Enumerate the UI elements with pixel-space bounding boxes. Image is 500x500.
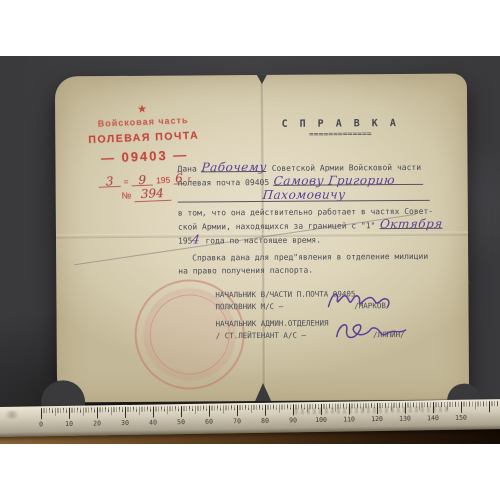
ruler-number: 50 — [167, 418, 195, 426]
ruler-number: 20 — [83, 419, 111, 427]
body-line: полевая почта 09405 Самову Григорию — [178, 176, 464, 188]
typed-text: Дана — [177, 164, 196, 173]
handwritten-month: 9 — [131, 174, 153, 186]
ruler-number: 150 — [447, 413, 475, 421]
printed-year: 195 — [156, 175, 171, 186]
handwritten-day: 3 — [99, 176, 121, 188]
photo-dark-table-surface: ★ Войсковая часть ПОЛЕВАЯ ПОЧТА — 09403 … — [0, 56, 500, 444]
ruler-number: 10 — [55, 420, 83, 428]
handwritten-year-digit: 4 — [192, 235, 201, 243]
title-text: С П Р А В К А — [275, 118, 405, 130]
typed-text: Советской Армии Войсковой части — [272, 163, 421, 173]
document-title: С П Р А В К А ============= — [275, 118, 405, 139]
handwritten-doc-number: 394 — [133, 186, 171, 203]
document-body: Дана Рабочему Советской Армии Войсковой … — [177, 162, 464, 280]
typed-text: 195 — [178, 236, 193, 245]
top-edge-tear — [257, 75, 267, 84]
ruler-number: 40 — [139, 418, 167, 426]
ruler-number: 80 — [251, 417, 279, 425]
ruler-maker-mark — [3, 411, 21, 419]
typed-text: ПОЛКОВНИК М/С — — [215, 302, 283, 311]
title-underline: ============= — [275, 129, 405, 139]
ruler-number: 30 — [111, 419, 139, 427]
signature-line: / СТ.ЛЕЙТЕНАНТ А/С — /ЛЯПИН/ — [216, 329, 476, 343]
stamp-field-post-line: ПОЛЕВАЯ ПОЧТА — [75, 129, 213, 147]
body-line: ской Армии, находящихся за границей с "1… — [178, 220, 464, 232]
ruler-number: 100 — [307, 416, 335, 424]
handwritten-patronymic: Пахомовичу — [262, 190, 346, 199]
signature-block: НАЧАЛЬНИК В/ЧАСТИ П.ПОЧТА 09405 ПОЛКОВНИ… — [215, 288, 475, 343]
ruler-number: 140 — [419, 414, 447, 422]
body-line: Справка дана для пред"явления в отделени… — [192, 252, 464, 263]
ruler-number: 130 — [391, 414, 419, 422]
typed-text: полевая почта 09405 — [178, 178, 270, 188]
signature-line: ПОЛКОВНИК М/С — /МАРКОВ/ — [215, 300, 475, 314]
typed-text: / СТ.ЛЕЙТЕНАНТ А/С — — [216, 331, 306, 341]
ruler-number: 60 — [195, 417, 223, 425]
body-line: Дана Рабочему Советской Армии Войсковой … — [177, 162, 463, 174]
screenshot-photo-of-document: ★ Войсковая часть ПОЛЕВАЯ ПОЧТА — 09403 … — [0, 0, 500, 500]
body-line: Пахомовичу — [178, 190, 464, 203]
name-underline: Пахомовичу — [178, 190, 430, 203]
body-line: 1954 года по настоящее время. — [178, 234, 464, 246]
typed-text: года по настоящее время. — [201, 236, 321, 246]
ruler-number: 120 — [363, 415, 391, 423]
typed-text: ской Армии, находящихся за границей с "1… — [178, 221, 376, 231]
date-separator: = — [123, 177, 128, 187]
ruler-number: 0 — [27, 420, 55, 428]
signatory-name: /МАРКОВ/ — [354, 301, 390, 310]
ruler-number: 90 — [279, 416, 307, 424]
handwritten-month-word: Октября — [380, 220, 444, 229]
ruler-number: 70 — [223, 417, 251, 425]
body-line: на право получения паспорта. — [178, 265, 464, 276]
number-sign: № — [121, 190, 131, 200]
handwritten-name: Самову Григорию — [274, 176, 425, 186]
document-paper: ★ Войсковая часть ПОЛЕВАЯ ПОЧТА — 09403 … — [55, 74, 469, 403]
ruler-number: 110 — [335, 415, 363, 423]
signatory-name: /ЛЯПИН/ — [373, 330, 405, 339]
handwritten-word: Рабочему — [201, 163, 267, 172]
bottom-edge-tear — [255, 383, 271, 401]
